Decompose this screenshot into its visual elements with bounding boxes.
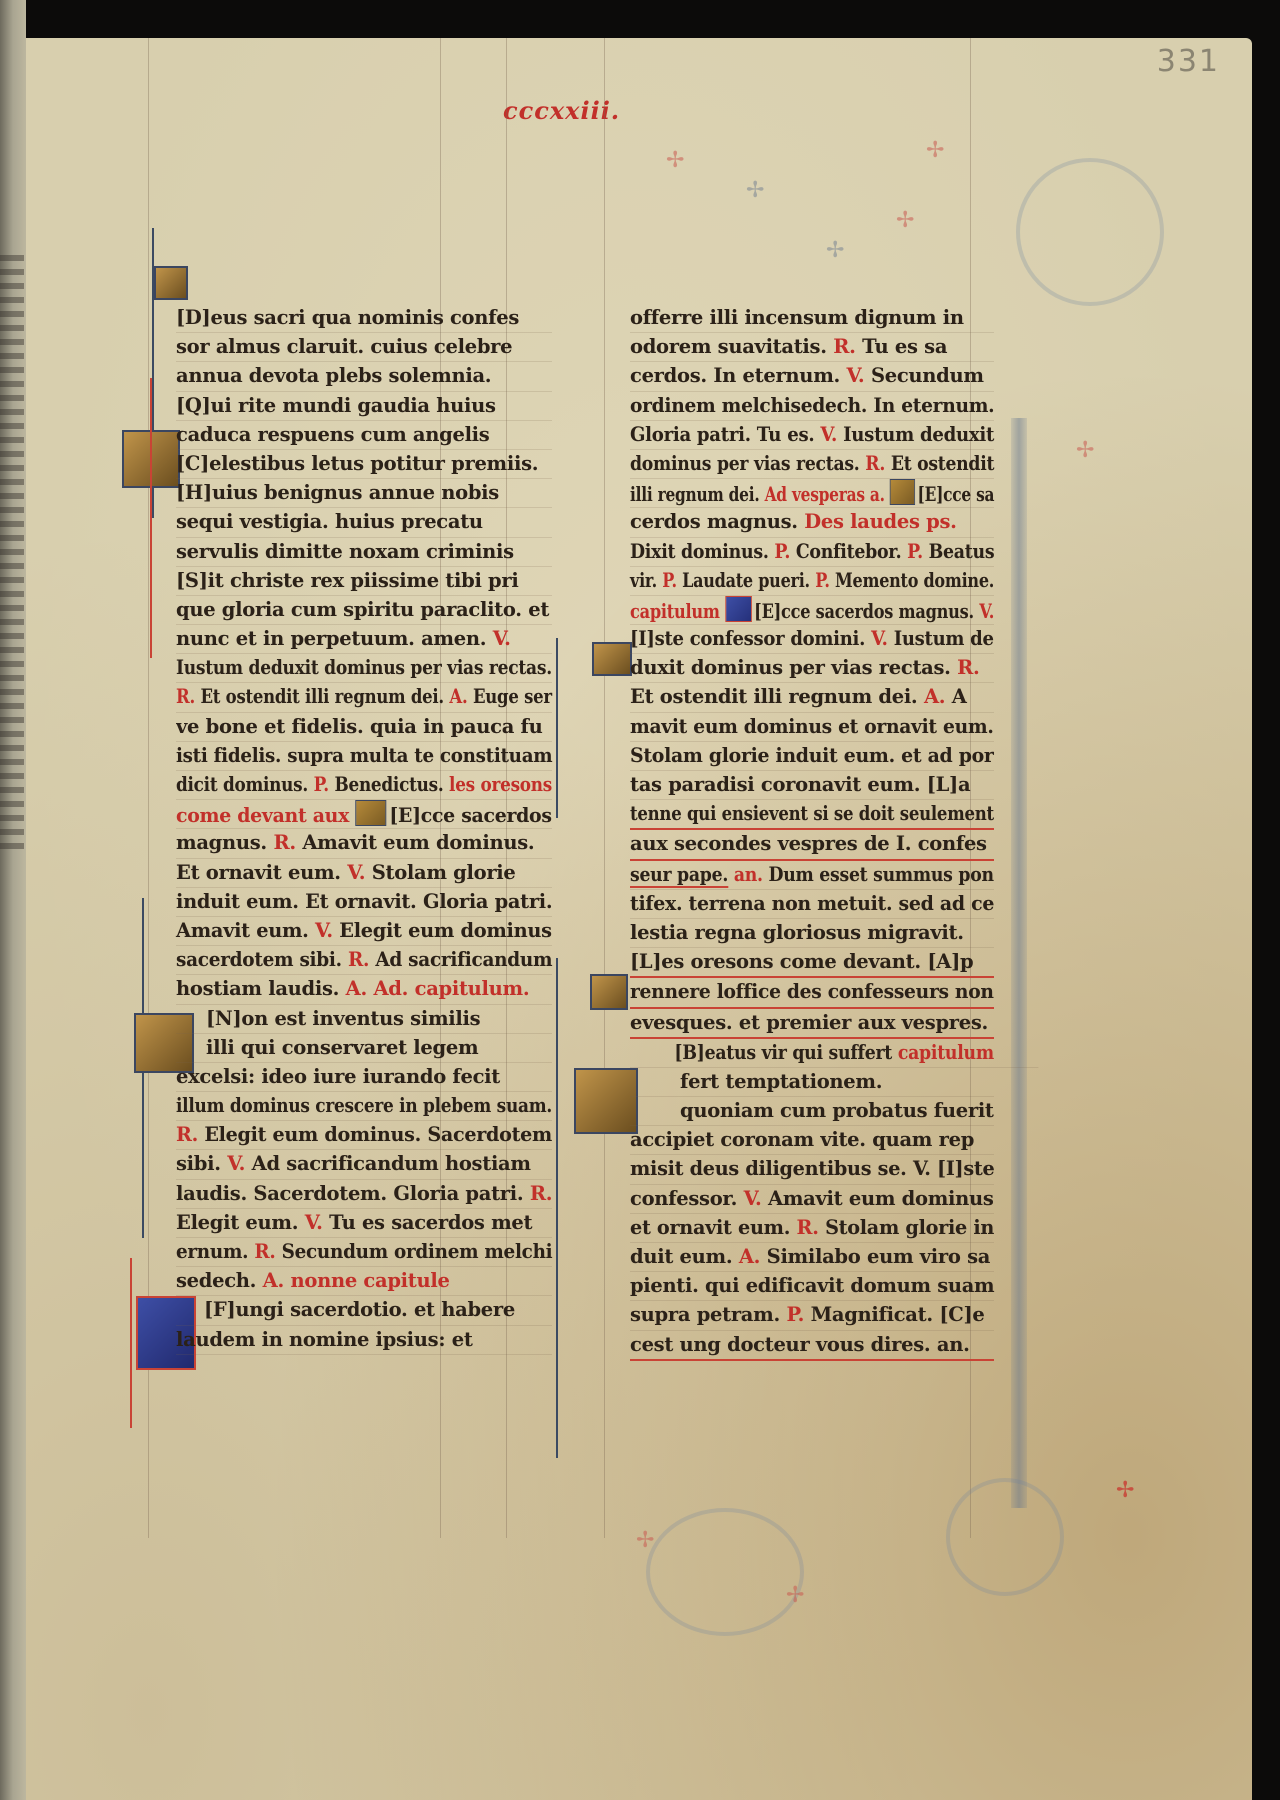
text: duxit dominus per vias rectas.	[630, 656, 951, 679]
text-line: annua devota plebs solemnia.	[176, 362, 552, 391]
text-line: nunc et in perpetuum. amen. V.	[176, 625, 552, 654]
text: laudis. Sacerdotem. Gloria patri.	[176, 1182, 523, 1205]
rubric-response: R.	[865, 452, 885, 475]
text-line: R. Et ostendit illi regnum dei. A. Euge …	[176, 683, 552, 712]
text-line: dicit dominus. P. Benedictus. les oreson…	[176, 771, 552, 800]
text: [I]ste confessor domini.	[630, 627, 865, 650]
rubric-psalm: P.	[815, 569, 829, 592]
text-line: sibi. V. Ad sacrificandum hostiam	[176, 1150, 552, 1179]
text-line: sedech. A. nonne capitule	[176, 1267, 552, 1296]
vine-scroll-decoration	[1016, 158, 1164, 306]
text: vir.	[630, 569, 657, 592]
text-line: odorem suavitatis. R. Tu es sa	[630, 333, 994, 362]
text-line: illi regnum dei. Ad vesperas a. [E]cce s…	[630, 479, 994, 508]
text: Et ostendit	[891, 452, 994, 475]
text-line: R. Elegit eum dominus. Sacerdotem	[176, 1121, 552, 1150]
rubric-instruction: Des laudes ps.	[804, 510, 956, 533]
ivy-leaf-decoration: ✢	[926, 138, 944, 163]
text-line: quoniam cum probatus fuerit	[630, 1097, 994, 1126]
text: Benedictus.	[334, 773, 443, 796]
rubric-response: R.	[957, 656, 979, 679]
text: Stolam glorie in	[825, 1216, 994, 1239]
gilded-initial-e	[355, 800, 386, 826]
text: sedech.	[176, 1269, 256, 1292]
text: Elegit eum.	[176, 1211, 298, 1234]
text-line: Elegit eum. V. Tu es sacerdos met	[176, 1209, 552, 1238]
text-line: lestia regna gloriosus migravit.	[630, 919, 994, 948]
vine-scroll-decoration	[646, 1508, 804, 1636]
text: hostiam laudis.	[176, 977, 339, 1000]
text-line: ordinem melchisedech. In eternum.	[630, 392, 994, 421]
gilded-initial-e	[890, 479, 915, 505]
text-line: caduca respuens cum angelis	[176, 421, 552, 450]
text: cerdos. In eternum.	[630, 364, 840, 387]
text-line: hostiam laudis. A. Ad. capitulum.	[176, 975, 552, 1004]
text-line: dominus per vias rectas. R. Et ostendit	[630, 450, 994, 479]
border-bar-decoration	[1011, 418, 1027, 1508]
text: confessor.	[630, 1187, 737, 1210]
text: Dum esset summus pon	[769, 863, 994, 886]
ivy-leaf-decoration: ✢	[636, 1528, 654, 1553]
text: Ad sacrificandum hostiam	[252, 1152, 531, 1175]
gilded-initial-b	[574, 1068, 638, 1134]
text-line: pienti. qui edificavit domum suam	[630, 1272, 994, 1301]
rubric-versicle: V.	[315, 919, 333, 942]
rubric-versicle: V.	[305, 1211, 323, 1234]
rubric-psalm: P.	[774, 540, 790, 563]
text-line: que gloria cum spiritu paraclito. et	[176, 596, 552, 625]
text: et ornavit eum.	[630, 1216, 790, 1239]
text: [E]cce sacerdos	[389, 804, 551, 827]
text: Et ostendit illi regnum dei.	[200, 685, 443, 708]
text: Et ostendit illi regnum dei.	[630, 685, 917, 708]
text: Secundum ordinem melchi	[282, 1240, 553, 1263]
rubric-instruction: A. Ad. capitulum.	[346, 977, 530, 1000]
text-line: capitulum [E]cce sacerdos magnus. V.	[630, 596, 994, 625]
manuscript-leaf: 331 cccxxiii. ✢ ✢ ✢ ✢ ✢ ✢ ✢ ✢ ✢ [D]eus s…	[26, 38, 1252, 1800]
rubric-psalm: P.	[662, 569, 676, 592]
text-line: magnus. R. Amavit eum dominus.	[176, 829, 552, 858]
text: cerdos magnus.	[630, 510, 798, 533]
left-text-column: [D]eus sacri qua nominis confes sor almu…	[176, 304, 552, 1355]
ruling-line	[604, 38, 605, 1538]
text-line: Et ostendit illi regnum dei. A. A	[630, 683, 994, 712]
text-line: illum dominus crescere in plebem suam.	[176, 1092, 552, 1121]
text-line: Gloria patri. Tu es. V. Iustum deduxit	[630, 421, 994, 450]
rubric-antiphon: an.	[734, 863, 763, 886]
gilded-initial-l	[590, 974, 628, 1010]
text: Similabo eum viro sa	[767, 1245, 990, 1268]
adjacent-page-text-lines	[0, 255, 24, 855]
text: dominus per vias rectas.	[630, 452, 860, 475]
text: sibi.	[176, 1152, 221, 1175]
text-line: laudis. Sacerdotem. Gloria patri. R.	[176, 1180, 552, 1209]
gilded-initial-d	[154, 266, 188, 300]
ivy-leaf-decoration: ✢	[1116, 1478, 1134, 1503]
rubric-psalm: P.	[907, 540, 923, 563]
text-line: [I]ste confessor domini. V. Iustum de	[630, 625, 994, 654]
text: ernum.	[176, 1240, 248, 1263]
text-line-underlined: aux secondes vespres de I. confes	[630, 830, 994, 860]
text: Iustum deduxit	[843, 423, 994, 446]
rubric-versicle: V.	[493, 627, 511, 650]
rubric-response: R.	[176, 1123, 198, 1146]
rubric-response: R.	[833, 335, 855, 358]
adjacent-page-edge	[0, 0, 26, 1800]
rubric-response: R.	[254, 1240, 275, 1263]
text: sacerdotem sibi.	[176, 948, 342, 971]
rubric-instruction: A. nonne capitule	[263, 1269, 450, 1292]
text: Elegit eum dominus	[339, 919, 551, 942]
text-line: sor almus claruit. cuius celebre	[176, 333, 552, 362]
text-line: tas paradisi coronavit eum. [L]a	[630, 771, 994, 800]
text-line: cerdos. In eternum. V. Secundum	[630, 362, 994, 391]
text-line: vir. P. Laudate pueri. P. Memento domine…	[630, 567, 994, 596]
text: Amavit eum dominus.	[302, 831, 534, 854]
rubric-versicle: V.	[871, 627, 888, 650]
rubric-instruction: come devant aux	[176, 804, 349, 827]
vine-scroll-decoration	[946, 1478, 1064, 1596]
text-line: Iustum deduxit dominus per vias rectas.	[176, 654, 552, 683]
text: seur pape.	[630, 863, 728, 888]
text: Amavit eum dominus	[768, 1187, 994, 1210]
text: Laudate pueri.	[682, 569, 810, 592]
ivy-leaf-decoration: ✢	[826, 238, 844, 263]
text-line: [H]uius benignus annue nobis	[176, 479, 552, 508]
text: Dixit dominus.	[630, 540, 769, 563]
rubric-instruction: capitulum	[630, 600, 720, 623]
red-penwork-flourish	[150, 378, 152, 658]
text: magnus.	[176, 831, 267, 854]
text-line-underlined: [L]es oresons come devant. [A]p	[630, 948, 994, 978]
text: odorem suavitatis.	[630, 335, 827, 358]
text-line: laudem in nomine ipsius: et	[176, 1326, 552, 1355]
text-line: induit eum. Et ornavit. Gloria patri.	[176, 888, 552, 917]
text-line-underlined: evesques. et premier aux vespres.	[630, 1009, 994, 1039]
text-line: confessor. V. Amavit eum dominus	[630, 1185, 994, 1214]
rubric-versicle: V.	[227, 1152, 245, 1175]
right-text-column: offerre illi incensum dignum in odorem s…	[630, 304, 994, 1361]
text-line: [C]elestibus letus potitur premiis.	[176, 450, 552, 479]
rubric-response: R.	[348, 948, 369, 971]
red-penwork-flourish	[130, 1258, 132, 1428]
text-line: seur pape. an. Dum esset summus pon	[630, 861, 994, 890]
running-head: cccxxiii.	[503, 96, 620, 125]
text-line: duit eum. A. Similabo eum viro sa	[630, 1243, 994, 1272]
text-line: come devant aux [E]cce sacerdos	[176, 800, 552, 829]
text: Beatus	[929, 540, 995, 563]
ivy-leaf-decoration: ✢	[746, 178, 764, 203]
text-line: [N]on est inventus similis	[176, 1005, 552, 1034]
text: Et ornavit eum.	[176, 861, 341, 884]
text-line: [S]it christe rex piissime tibi pri	[176, 567, 552, 596]
rubric-response: R.	[797, 1216, 819, 1239]
text: dicit dominus.	[176, 773, 308, 796]
text-line: ernum. R. Secundum ordinem melchi	[176, 1238, 552, 1267]
text-line: sequi vestigia. huius precatu	[176, 508, 552, 537]
text: A	[952, 685, 967, 708]
text: Magnificat. [C]e	[811, 1303, 985, 1326]
text-line: Stolam glorie induit eum. et ad por	[630, 742, 994, 771]
text: Stolam glorie	[372, 861, 516, 884]
rubric-psalm: P.	[314, 773, 329, 796]
text: [B]eatus vir qui suffert	[674, 1041, 892, 1064]
text: Confitebor.	[796, 540, 901, 563]
blue-initial-e	[725, 596, 752, 622]
rubric-response: R.	[273, 831, 295, 854]
text-line: isti fidelis. supra multa te constituam	[176, 742, 552, 771]
ivy-leaf-decoration: ✢	[1076, 438, 1094, 463]
rubric-antiphon: A.	[449, 685, 467, 708]
text-line: tifex. terrena non metuit. sed ad ce	[630, 890, 994, 919]
text: Secundum	[871, 364, 984, 387]
rubric-versicle: V.	[744, 1187, 762, 1210]
text: Ad sacrificandum	[375, 948, 552, 971]
text: nunc et in perpetuum. amen.	[176, 627, 486, 650]
rubric-antiphon: A.	[924, 685, 945, 708]
text: Elegit eum dominus. Sacerdotem	[204, 1123, 552, 1146]
text-line-underlined: rennere loffice des confesseurs non	[630, 978, 994, 1008]
rubric-versicle: V.	[847, 364, 865, 387]
rubric-versicle: V.	[347, 861, 365, 884]
text-line: [Q]ui rite mundi gaudia huius	[176, 392, 552, 421]
text-line: Et ornavit eum. V. Stolam glorie	[176, 859, 552, 888]
text-line: [B]eatus vir qui suffert capitulum	[630, 1039, 1038, 1068]
ivy-leaf-decoration: ✢	[896, 208, 914, 233]
text-line: accipiet coronam vite. quam rep	[630, 1126, 994, 1155]
text-line-underlined: cest ung docteur vous dires. an.	[630, 1331, 994, 1361]
text: illi regnum dei.	[630, 483, 759, 506]
text-line: fert temptationem.	[630, 1068, 994, 1097]
text-line: cerdos magnus. Des laudes ps.	[630, 508, 994, 537]
text: Euge ser	[473, 685, 552, 708]
rubric-response: R.	[176, 685, 195, 708]
text-line: Amavit eum. V. Elegit eum dominus	[176, 917, 552, 946]
text-line: excelsi: ideo iure iurando fecit	[176, 1063, 552, 1092]
text-line-underlined: tenne qui ensievent si se doit seulement	[630, 800, 994, 830]
text: Tu es sa	[862, 335, 947, 358]
text: duit eum.	[630, 1245, 732, 1268]
text-line: misit deus diligentibus se. V. [I]ste	[630, 1155, 994, 1184]
ivy-leaf-decoration: ✢	[666, 148, 684, 173]
rubric-psalm: P.	[786, 1303, 804, 1326]
folio-number: 331	[1157, 44, 1220, 79]
rubric-antiphon: A.	[739, 1245, 760, 1268]
text-line: [D]eus sacri qua nominis confes	[176, 304, 552, 333]
text: Gloria patri. Tu es.	[630, 423, 814, 446]
text-line: servulis dimitte noxam criminis	[176, 538, 552, 567]
text-line: Dixit dominus. P. Confitebor. P. Beatus	[630, 538, 994, 567]
text-line: sacerdotem sibi. R. Ad sacrificandum	[176, 946, 552, 975]
text-line: mavit eum dominus et ornavit eum.	[630, 713, 994, 742]
text-line: ve bone et fidelis. quia in pauca fu	[176, 713, 552, 742]
rubric-versicle: V.	[979, 600, 994, 623]
text: Memento domine.	[835, 569, 994, 592]
text-line: duxit dominus per vias rectas. R.	[630, 654, 994, 683]
rubric-response: R.	[530, 1182, 552, 1205]
penwork-flourish	[556, 638, 558, 818]
text: supra petram.	[630, 1303, 780, 1326]
gilded-initial-i	[592, 642, 632, 676]
text-line: [F]ungi sacerdotio. et habere	[176, 1296, 552, 1325]
text: Tu es sacerdos met	[329, 1211, 532, 1234]
text-line: supra petram. P. Magnificat. [C]e	[630, 1301, 994, 1330]
text-line: et ornavit eum. R. Stolam glorie in	[630, 1214, 994, 1243]
rubric-versicle: V.	[820, 423, 837, 446]
text: Amavit eum.	[176, 919, 309, 942]
rubric-instruction: Ad vesperas a.	[765, 483, 885, 506]
penwork-flourish	[556, 958, 558, 1458]
ivy-leaf-decoration: ✢	[786, 1583, 804, 1608]
text-line: illi qui conservaret legem	[176, 1034, 552, 1063]
rubric-instruction: capitulum	[898, 1041, 994, 1064]
text: Iustum de	[894, 627, 994, 650]
text: [E]cce sacerdos magnus.	[754, 600, 974, 623]
rubric-instruction: les oresons	[449, 773, 552, 796]
text: [E]cce sa	[918, 483, 995, 506]
text-line: offerre illi incensum dignum in	[630, 304, 994, 333]
